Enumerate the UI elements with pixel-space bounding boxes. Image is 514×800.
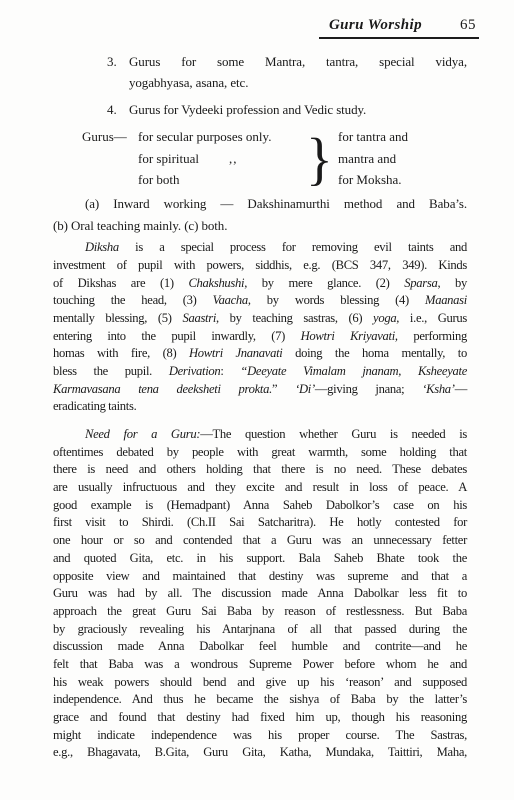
text-line: discussion made Anna Dabolkar feel humbl… bbox=[53, 638, 467, 656]
text-line: Karmavasana tena deeksheti prokta.” ‘Di’… bbox=[53, 381, 467, 399]
text-line: (b) Oral teaching mainly. (c) both. bbox=[53, 215, 467, 236]
list-marker: 3. bbox=[107, 51, 117, 72]
page-content: Guru Worship 65 3. Gurus for some Mantra… bbox=[53, 16, 467, 762]
text-line: investment of pupil with powers, siddhis… bbox=[53, 257, 467, 275]
ditto-mark: ,, bbox=[229, 151, 238, 166]
text-line: good example is (Hemadpant) Anna Saheb D… bbox=[53, 497, 467, 515]
text-line: homas with fire, (8) Howtri Jnanavati do… bbox=[53, 345, 467, 363]
text-line: Gurus for some Mantra, tantra, special v… bbox=[129, 51, 467, 72]
diagram-right-column: for tantra and mantra and for Moksha. bbox=[338, 126, 467, 190]
text-line: and quoted Gita, etc. in his support. Ba… bbox=[53, 550, 467, 568]
text-line: Gurus for Vydeeki profession and Vedic s… bbox=[129, 99, 467, 120]
text-line: (a) Inward working — Dakshinamurthi meth… bbox=[53, 193, 467, 214]
text-line: there is need and others holding that th… bbox=[53, 461, 467, 479]
list-item-3: 3. Gurus for some Mantra, tantra, specia… bbox=[53, 51, 467, 94]
list-marker: 4. bbox=[107, 99, 117, 120]
header-rule: Guru Worship 65 bbox=[319, 16, 479, 39]
guru-classification-diagram: Gurus— for secular purposes only. for sp… bbox=[53, 126, 467, 190]
text-line: independence. And thus he became the sis… bbox=[53, 691, 467, 709]
text-line: are usually infructuous and they excite … bbox=[53, 479, 467, 497]
diagram-left-column: for secular purposes only. for spiritual… bbox=[138, 126, 304, 190]
list-item-3-text: Gurus for some Mantra, tantra, special v… bbox=[129, 51, 467, 94]
text-line: Diksha is a special process for removing… bbox=[53, 239, 467, 257]
text-line: yogabhyasa, asana, etc. bbox=[129, 72, 467, 93]
diagram-left-line: for spiritual,, bbox=[138, 148, 304, 169]
text-line: might indicate independence was his prop… bbox=[53, 727, 467, 745]
curly-brace-glyph: } bbox=[306, 127, 333, 191]
text-line: his weak powers should bend and give up … bbox=[53, 674, 467, 692]
list-item-4: 4. Gurus for Vydeeki profession and Vedi… bbox=[53, 99, 467, 120]
diagram-left-line-text: for spiritual bbox=[138, 151, 199, 166]
diagram-right-line: mantra and bbox=[338, 148, 467, 169]
paragraph-diksha: Diksha is a special process for removing… bbox=[53, 239, 467, 416]
text-line: first visit to Shirdi. (Ch.II Sai Satcha… bbox=[53, 514, 467, 532]
text-line: approach the great Guru Sai Baba by reas… bbox=[53, 603, 467, 621]
text-line: Guru was had by all. The discussion made… bbox=[53, 585, 467, 603]
page-header: Guru Worship 65 bbox=[53, 16, 479, 42]
text-line: grace and found that destiny had fixed h… bbox=[53, 709, 467, 727]
list-item-4-text: Gurus for Vydeeki profession and Vedic s… bbox=[129, 99, 467, 120]
paragraph-need-for-guru: Need for a Guru:—The question whether Gu… bbox=[53, 426, 467, 762]
text-line: oftentimes debated by people with great … bbox=[53, 444, 467, 462]
brace-container: } bbox=[304, 126, 338, 190]
text-line: e.g., Bhagavata, B.Gita, Guru Gita, Kath… bbox=[53, 744, 467, 762]
text-line: opposite view and maintained that destin… bbox=[53, 568, 467, 586]
text-line: bless the pupil. Derivation: “Deeyate Vi… bbox=[53, 363, 467, 381]
page-number: 65 bbox=[460, 17, 476, 33]
text-line: touching the head, (3) Vaacha, by words … bbox=[53, 292, 467, 310]
diagram-left-line: for secular purposes only. bbox=[138, 126, 304, 147]
text-line: by graciously revealing his Antarjnana o… bbox=[53, 621, 467, 639]
book-page: Guru Worship 65 3. Gurus for some Mantra… bbox=[0, 0, 514, 800]
text-line: one hour or so and contended that a Guru… bbox=[53, 532, 467, 550]
diagram-right-line: for Moksha. bbox=[338, 169, 467, 190]
text-line: of Dikshas are (1) Chakshushi, by mere g… bbox=[53, 275, 467, 293]
paragraph-methods: (a) Inward working — Dakshinamurthi meth… bbox=[53, 193, 467, 236]
text-line: felt that Baba was a wondrous Supreme Po… bbox=[53, 656, 467, 674]
text-line: mentally blessing, (5) Saastri, by teach… bbox=[53, 310, 467, 328]
text-line: Need for a Guru:—The question whether Gu… bbox=[53, 426, 467, 444]
running-title: Guru Worship bbox=[329, 17, 422, 33]
diagram-left-line: for both bbox=[138, 169, 304, 190]
diagram-label: Gurus— bbox=[82, 126, 138, 190]
text-line: eradicating taints. bbox=[53, 398, 467, 416]
text-line: entering into the pupil inwardly, (7) Ho… bbox=[53, 328, 467, 346]
diagram-right-line: for tantra and bbox=[338, 126, 467, 147]
